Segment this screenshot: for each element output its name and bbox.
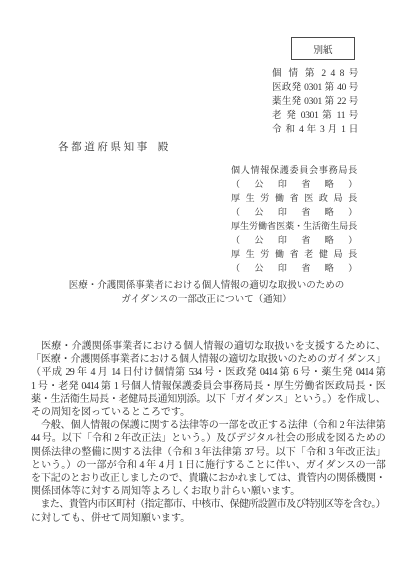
seal-omitted-note: （ 公 印 省 略 ） [231, 233, 357, 247]
seal-omitted-note: （ 公 印 省 略 ） [231, 261, 357, 275]
document-number-block: 個 情 第 2 4 8 号 医政発 0301 第 40 号 薬生発 0301 第… [272, 67, 358, 137]
document-title: 医療・介護関係事業者における個人情報の適切な取扱いのための ガイダンスの一部改正… [0, 279, 413, 307]
body-line: という。）の一部が令和 4 年 4 月 1 日に施行することに伴い、ガイダンスの… [31, 459, 385, 472]
document-title-line: ガイダンスの一部改正について（通知） [0, 293, 413, 307]
body-line: 関係団体等に対する周知等よろしくお取り計らい願います。 [31, 485, 385, 498]
document-page: 別紙 個 情 第 2 4 8 号 医政発 0301 第 40 号 薬生発 030… [0, 0, 413, 585]
doc-number-line: 医政発 0301 第 40 号 [272, 81, 358, 95]
body-line: 44 号。以下「令和 2 年改正法」という。）及びデジタル社会の形成を図るための [31, 432, 385, 445]
document-date: 令 和 4 年 3 月 1 日 [272, 123, 358, 137]
body-line: を下記のとおり改正しましたので、貴職におかれましては、貴管内の関係機関・ [31, 472, 385, 485]
sender-name: 厚 生 労 働 省 老 健 局 長 [231, 247, 357, 261]
seal-omitted-note: （ 公 印 省 略 ） [231, 205, 357, 219]
doc-number-line: 薬生発 0301 第 22 号 [272, 95, 358, 109]
document-body: 医療・介護関係事業者における個人情報の適切な取扱いを支援するために、 「医療・介… [31, 340, 385, 525]
body-line: （平成 29 年 4 月 14 日付け個情第 534 号・医政発 0414 第 … [31, 366, 385, 379]
body-line: また、貴管内市区町村（指定都市、中核市、保健所設置市及び特別区等を含む。） [31, 498, 385, 511]
body-line: 「医療・介護関係事業者における個人情報の適切な取扱いのためのガイダンス」 [31, 353, 385, 366]
sender-name: 厚 生 労 働 省 医 政 局 長 [231, 191, 357, 205]
addressee: 各 都 道 府 県 知 事 殿 [58, 141, 168, 155]
body-line: その周知を図っているところです。 [31, 406, 385, 419]
sender-block: 個人情報保護委員会事務局長 （ 公 印 省 略 ） 厚 生 労 働 省 医 政 … [231, 163, 357, 275]
attachment-label: 別紙 [313, 42, 332, 56]
body-line: 関係法律の整備に関する法律（令和 3 年法律第 37 号。以下「令和 3 年改正… [31, 446, 385, 459]
body-line: 今般、個人情報の保護に関する法律等の一部を改正する法律（令和 2 年法律第 [31, 419, 385, 432]
body-line: 薬・生活衛生局長・老健局長通知別添。以下「ガイダンス」という。）を作成し、 [31, 393, 385, 406]
sender-name: 個人情報保護委員会事務局長 [231, 163, 357, 177]
body-line: 1 号・老発 0414 第 1 号個人情報保護委員会事務局長・厚生労働省医政局長… [31, 380, 385, 393]
body-line: に対しても、併せて周知願います。 [31, 512, 385, 525]
body-line: 医療・介護関係事業者における個人情報の適切な取扱いを支援するために、 [31, 340, 385, 353]
doc-number-line: 老 発 0301 第 11 号 [272, 109, 358, 123]
sender-name: 厚生労働省医薬・生活衛生局長 [231, 219, 357, 233]
seal-omitted-note: （ 公 印 省 略 ） [231, 177, 357, 191]
attachment-label-box: 別紙 [291, 37, 355, 60]
doc-number-line: 個 情 第 2 4 8 号 [272, 67, 358, 81]
document-title-line: 医療・介護関係事業者における個人情報の適切な取扱いのための [0, 279, 413, 293]
